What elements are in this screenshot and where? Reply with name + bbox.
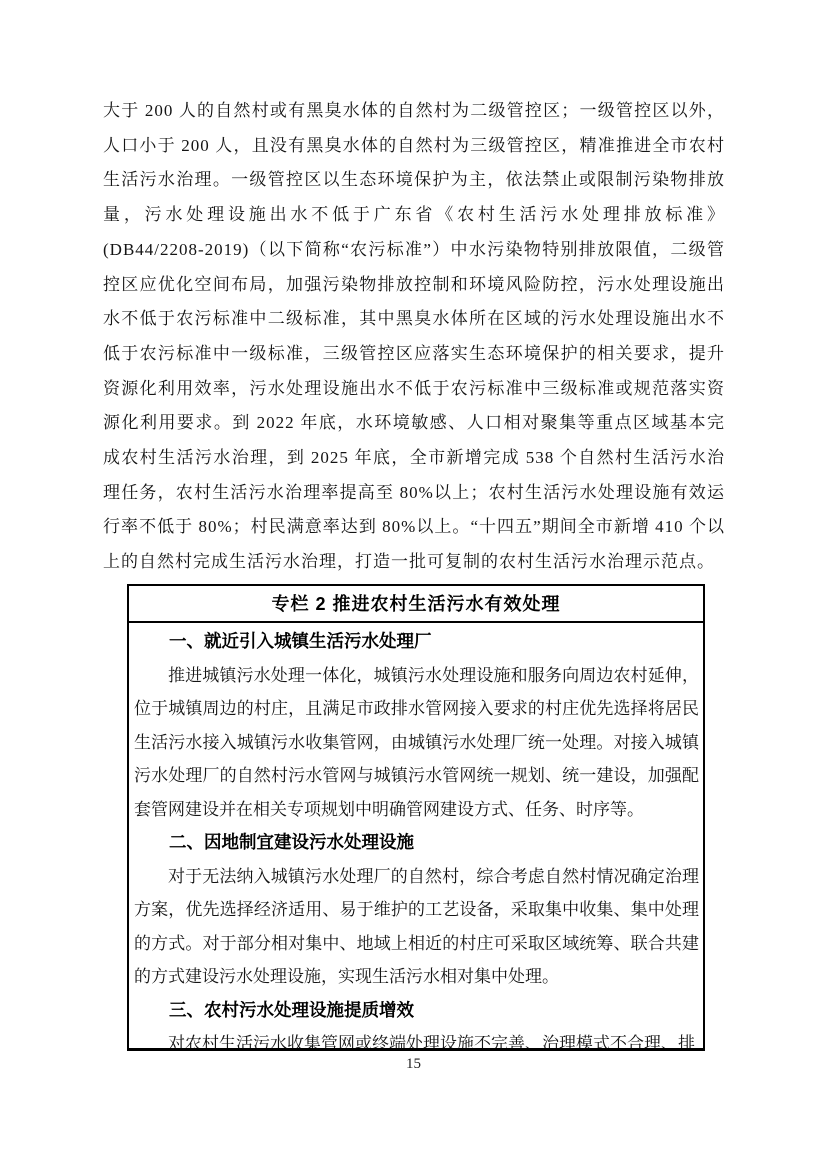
box-section-3-body: 对农村生活污水收集管网或终端处理设施不完善、治理模式不合理、排 bbox=[134, 1027, 699, 1051]
box-section-2-heading: 二、因地制宜建设污水处理设施 bbox=[134, 826, 699, 860]
box-section-3-heading: 三、农村污水处理设施提质增效 bbox=[134, 994, 699, 1028]
feature-box-column-2: 专栏 2 推进农村生活污水有效处理 一、就近引入城镇生活污水处理厂 推进城镇污水… bbox=[127, 584, 705, 1051]
document-page: 大于 200 人的自然村或有黑臭水体的自然村为二级管控区；一级管控区以外，人口小… bbox=[0, 0, 827, 1170]
body-paragraph: 大于 200 人的自然村或有黑臭水体的自然村为二级管控区；一级管控区以外，人口小… bbox=[103, 94, 725, 580]
page-number: 15 bbox=[0, 1056, 827, 1073]
feature-box-title: 专栏 2 推进农村生活污水有效处理 bbox=[129, 586, 703, 623]
box-section-2-body: 对于无法纳入城镇污水处理厂的自然村，综合考虑自然村情况确定治理方案，优先选择经济… bbox=[134, 860, 699, 994]
box-section-1-body: 推进城镇污水处理一体化，城镇污水处理设施和服务向周边农村延伸，位于城镇周边的村庄… bbox=[134, 659, 699, 827]
box-section-1-heading: 一、就近引入城镇生活污水处理厂 bbox=[134, 625, 699, 659]
feature-box-body: 一、就近引入城镇生活污水处理厂 推进城镇污水处理一体化，城镇污水处理设施和服务向… bbox=[129, 623, 703, 1051]
